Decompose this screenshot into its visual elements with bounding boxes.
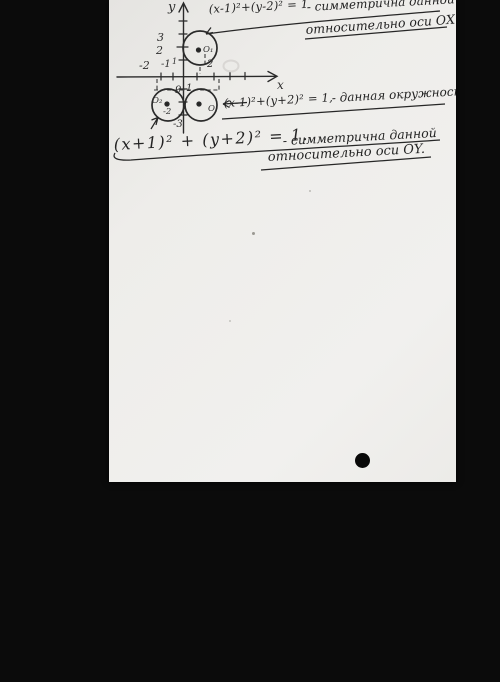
- y-tick-label-1: 1: [172, 57, 177, 66]
- circle-bottom-left-center-label: O₂: [152, 96, 163, 106]
- scan-speck: [229, 320, 231, 322]
- center-dot-bottom-left: [165, 102, 169, 106]
- y-tick-label-3: 3: [157, 31, 164, 44]
- circle-bottom-left-value: -2: [163, 107, 171, 117]
- hole-punch-dot: [355, 453, 370, 468]
- scan-smudges: [224, 61, 239, 72]
- x-axis-label: x: [277, 78, 284, 92]
- origin-mark-left: 9: [175, 85, 182, 96]
- equation-2: (x-1)²+(y+2)² = 1,: [223, 90, 333, 110]
- scan-speck: [309, 190, 311, 192]
- circle-bottom-right-center-label: O: [208, 104, 215, 114]
- x-tick-label-minus1: -1: [161, 59, 171, 70]
- line1-arrowhead: [206, 28, 213, 35]
- x-tick-label-minus2: -2: [139, 59, 150, 72]
- note-2: - данная окружность.: [331, 83, 456, 104]
- equation-1: (x-1)²+(y-2)² = 1: [208, 0, 308, 16]
- notebook-paper: y x 3 2 1 -3 -2 -1 2 9 1 O₁ O O₂ -2 (x-1…: [109, 0, 456, 482]
- line3-arrow: [151, 118, 158, 130]
- center-dot-top: [197, 48, 201, 52]
- scanned-notebook-photo: { "photo": { "background_color": "#0b0b0…: [0, 0, 500, 682]
- scan-speck: [252, 232, 255, 235]
- handwritten-math-sketch: y x 3 2 1 -3 -2 -1 2 9 1 O₁ O O₂ -2 (x-1…: [109, 0, 456, 482]
- center-dot-bottom-right: [197, 102, 201, 106]
- origin-mark-right: 1: [186, 83, 192, 94]
- y-axis-label: y: [167, 0, 176, 15]
- x-tick-label-2: 2: [206, 59, 213, 70]
- y-tick-label-minus3: -3: [173, 119, 183, 130]
- y-tick-label-2: 2: [155, 44, 163, 57]
- circle-top-center-label: O₁: [203, 45, 213, 55]
